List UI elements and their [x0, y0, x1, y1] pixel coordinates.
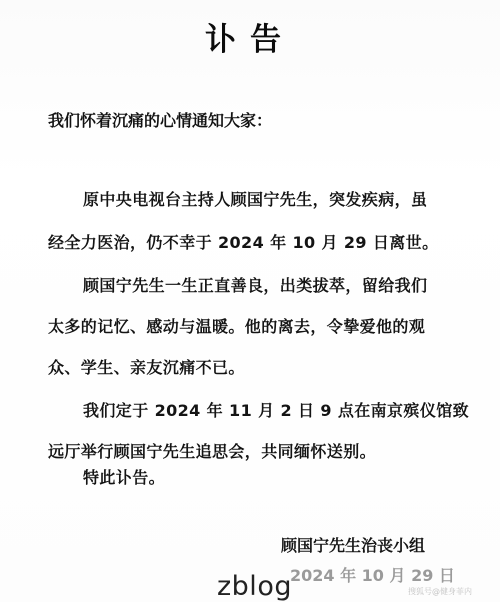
- notice-title: 讣告: [0, 20, 500, 60]
- obituary-notice: 讣告 我们怀着沉痛的心情通知大家： 原中央电视台主持人顾国宁先生，突发疾病，虽 …: [0, 0, 500, 602]
- zblog-brand-text: zblog: [217, 572, 292, 602]
- paragraph-3-line-2: 远厅举行顾国宁先生追思会，共同缅怀送别。: [48, 441, 376, 463]
- signature: 顾国宁先生治丧小组: [281, 535, 425, 557]
- paragraph-2-line-2: 太多的记忆、感动与温暖。他的离去，令挚爱他的观: [48, 316, 425, 338]
- paragraph-3-line-1: 我们定于 2024 年 11 月 2 日 9 点在南京殡仪馆致: [83, 400, 469, 422]
- paragraph-2-line-3: 众、学生、亲友沉痛不已。: [48, 357, 245, 379]
- paragraph-1-line-2: 经全力医治，仍不幸于 2024 年 10 月 29 日离世。: [48, 232, 439, 254]
- paragraph-2-line-1: 顾国宁先生一生正直善良，出类拔萃，留给我们: [83, 275, 427, 297]
- paragraph-1-line-1: 原中央电视台主持人顾国宁先生，突发疾病，虽: [83, 189, 427, 211]
- closing-line: 特此讣告。: [83, 467, 165, 489]
- greeting-line: 我们怀着沉痛的心情通知大家：: [48, 110, 272, 132]
- source-watermark: 搜狐号@健身菲内: [408, 587, 472, 597]
- signature-date: 2024 年 10 月 29 日: [290, 565, 455, 587]
